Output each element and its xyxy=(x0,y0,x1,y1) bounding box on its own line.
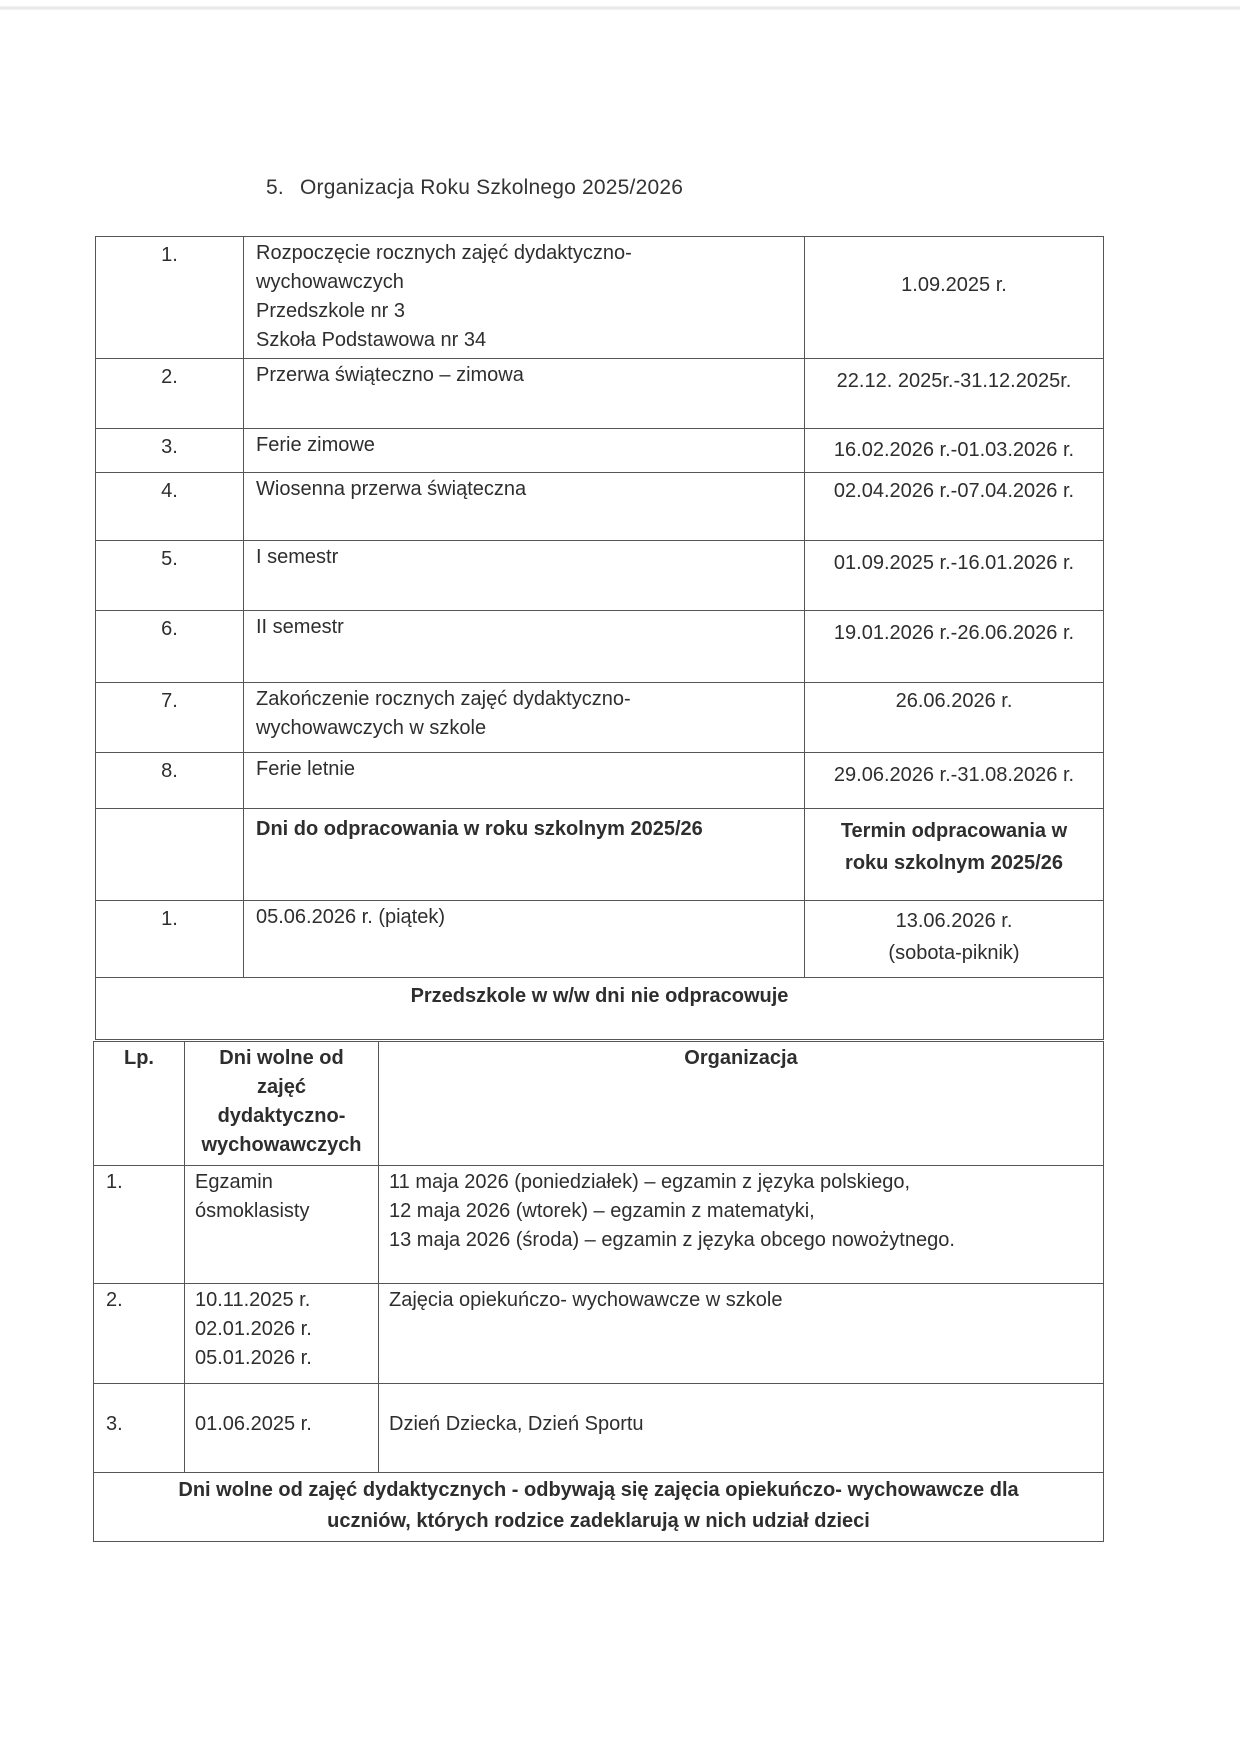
section-number: 5. xyxy=(266,176,284,199)
free-days-footer-row: Dni wolne od zajęć dydaktycznych - odbyw… xyxy=(94,1473,1104,1542)
term-line: 13.06.2026 r. xyxy=(809,905,1099,937)
row-number: 3. xyxy=(94,1384,185,1473)
header-line: roku szkolnym 2025/26 xyxy=(809,847,1099,879)
schedule-row: 1. Rozpoczęcie rocznych zajęć dydaktyczn… xyxy=(96,237,1104,359)
free-days-footer-note: Dni wolne od zajęć dydaktycznych - odbyw… xyxy=(94,1473,1104,1542)
row-date: 26.06.2026 r. xyxy=(805,683,1104,753)
makeup-row: 1. 05.06.2026 r. (piątek) 13.06.2026 r. … xyxy=(96,901,1104,978)
row-date: 16.02.2026 r.-01.03.2026 r. xyxy=(805,429,1104,473)
free-days: Egzamin ósmoklasisty xyxy=(185,1166,379,1284)
free-days-row: 1. Egzamin ósmoklasisty 11 maja 2026 (po… xyxy=(94,1166,1104,1284)
makeup-term: 13.06.2026 r. (sobota-piknik) xyxy=(805,901,1104,978)
row-description: II semestr xyxy=(244,611,805,683)
row-date: 22.12. 2025r.-31.12.2025r. xyxy=(805,359,1104,429)
note-line: Dni wolne od zajęć dydaktycznych - odbyw… xyxy=(114,1475,1083,1506)
schedule-row: 3. Ferie zimowe 16.02.2026 r.-01.03.2026… xyxy=(96,429,1104,473)
header-free-days: Dni wolne od zajęć dydaktyczno- wychowaw… xyxy=(185,1042,379,1166)
row-date: 1.09.2025 r. xyxy=(805,237,1104,359)
row-description: Ferie zimowe xyxy=(244,429,805,473)
description-line: I semestr xyxy=(256,543,804,572)
organization-line: 12 maja 2026 (wtorek) – egzamin z matema… xyxy=(389,1197,1103,1226)
section-title: 5. Organizacja Roku Szkolnego 2025/2026 xyxy=(266,176,683,200)
description-line: Rozpoczęcie rocznych zajęć dydaktyczno- xyxy=(256,239,804,268)
organization-line: 11 maja 2026 (poniedziałek) – egzamin z … xyxy=(389,1168,1103,1197)
organization: 11 maja 2026 (poniedziałek) – egzamin z … xyxy=(379,1166,1104,1284)
schedule-row: 2. Przerwa świąteczno – zimowa 22.12. 20… xyxy=(96,359,1104,429)
days-line: 10.11.2025 r. xyxy=(195,1286,378,1315)
row-number: 1. xyxy=(96,901,244,978)
row-number: 8. xyxy=(96,753,244,809)
row-number: 7. xyxy=(96,683,244,753)
makeup-note: Przedszkole w w/w dni nie odpracowuje xyxy=(96,978,1104,1040)
organization-line: Dzień Dziecka, Dzień Sportu xyxy=(389,1410,1103,1439)
row-description: Rozpoczęcie rocznych zajęć dydaktyczno- … xyxy=(244,237,805,359)
makeup-header-row: Dni do odpracowania w roku szkolnym 2025… xyxy=(96,809,1104,901)
row-date: 01.09.2025 r.-16.01.2026 r. xyxy=(805,541,1104,611)
schedule-row: 8. Ferie letnie 29.06.2026 r.-31.08.2026… xyxy=(96,753,1104,809)
header-line: Dni wolne od xyxy=(189,1044,374,1073)
header-lp: Lp. xyxy=(94,1042,185,1166)
row-date: 19.01.2026 r.-26.06.2026 r. xyxy=(805,611,1104,683)
description-line: Ferie letnie xyxy=(256,755,804,784)
schedule-row: 7. Zakończenie rocznych zajęć dydaktyczn… xyxy=(96,683,1104,753)
free-days-table: Lp. Dni wolne od zajęć dydaktyczno- wych… xyxy=(93,1041,1104,1542)
organization: Dzień Dziecka, Dzień Sportu xyxy=(379,1384,1104,1473)
days-line: 05.01.2026 r. xyxy=(195,1344,378,1373)
row-number: 1. xyxy=(94,1166,185,1284)
free-days: 10.11.2025 r. 02.01.2026 r. 05.01.2026 r… xyxy=(185,1284,379,1384)
organization-line: 13 maja 2026 (środa) – egzamin z języka … xyxy=(389,1226,1103,1255)
section-title-text: Organizacja Roku Szkolnego 2025/2026 xyxy=(300,176,683,199)
row-date: 02.04.2026 r.-07.04.2026 r. xyxy=(805,473,1104,541)
header-line: zajęć xyxy=(189,1073,374,1102)
row-number: 3. xyxy=(96,429,244,473)
header-organization: Organizacja xyxy=(379,1042,1104,1166)
row-number: 2. xyxy=(96,359,244,429)
row-description: Przerwa świąteczno – zimowa xyxy=(244,359,805,429)
schedule-row: 4. Wiosenna przerwa świąteczna 02.04.202… xyxy=(96,473,1104,541)
schedule-row: 6. II semestr 19.01.2026 r.-26.06.2026 r… xyxy=(96,611,1104,683)
days-line: Egzamin xyxy=(195,1168,378,1197)
row-number: 2. xyxy=(94,1284,185,1384)
free-days-header-row: Lp. Dni wolne od zajęć dydaktyczno- wych… xyxy=(94,1042,1104,1166)
free-days-row: 2. 10.11.2025 r. 02.01.2026 r. 05.01.202… xyxy=(94,1284,1104,1384)
header-line: dydaktyczno- xyxy=(189,1102,374,1131)
description-line: II semestr xyxy=(256,613,804,642)
free-days-row: 3. 01.06.2025 r. Dzień Dziecka, Dzień Sp… xyxy=(94,1384,1104,1473)
description-line: Wiosenna przerwa świąteczna xyxy=(256,475,804,504)
row-number: 6. xyxy=(96,611,244,683)
organization-line: Zajęcia opiekuńczo- wychowawcze w szkole xyxy=(389,1286,1103,1315)
makeup-days-header: Dni do odpracowania w roku szkolnym 2025… xyxy=(244,809,805,901)
description-line: wychowawczych w szkole xyxy=(256,714,804,743)
schedule-row: 5. I semestr 01.09.2025 r.-16.01.2026 r. xyxy=(96,541,1104,611)
header-line: Termin odpracowania w xyxy=(809,815,1099,847)
row-description: Zakończenie rocznych zajęć dydaktyczno- … xyxy=(244,683,805,753)
term-line: (sobota-piknik) xyxy=(809,937,1099,969)
makeup-term-header: Termin odpracowania w roku szkolnym 2025… xyxy=(805,809,1104,901)
makeup-note-row: Przedszkole w w/w dni nie odpracowuje xyxy=(96,978,1104,1040)
days-line: 01.06.2025 r. xyxy=(195,1410,378,1439)
description-line: Szkoła Podstawowa nr 34 xyxy=(256,326,804,355)
description-line: Zakończenie rocznych zajęć dydaktyczno- xyxy=(256,685,804,714)
scan-edge xyxy=(0,6,1240,10)
makeup-day: 05.06.2026 r. (piątek) xyxy=(244,901,805,978)
row-description: I semestr xyxy=(244,541,805,611)
description-line: Ferie zimowe xyxy=(256,431,804,460)
row-number: 4. xyxy=(96,473,244,541)
empty-cell xyxy=(96,809,244,901)
days-line: 02.01.2026 r. xyxy=(195,1315,378,1344)
row-number: 1. xyxy=(96,237,244,359)
description-line: Przedszkole nr 3 xyxy=(256,297,804,326)
note-line: uczniów, których rodzice zadeklarują w n… xyxy=(114,1506,1083,1537)
row-description: Ferie letnie xyxy=(244,753,805,809)
organization: Zajęcia opiekuńczo- wychowawcze w szkole xyxy=(379,1284,1104,1384)
row-description: Wiosenna przerwa świąteczna xyxy=(244,473,805,541)
description-line: Przerwa świąteczno – zimowa xyxy=(256,361,804,390)
school-year-schedule-table: 1. Rozpoczęcie rocznych zajęć dydaktyczn… xyxy=(95,236,1104,1040)
description-line: wychowawczych xyxy=(256,268,804,297)
days-line: ósmoklasisty xyxy=(195,1197,378,1226)
row-number: 5. xyxy=(96,541,244,611)
header-line: wychowawczych xyxy=(189,1131,374,1160)
free-days: 01.06.2025 r. xyxy=(185,1384,379,1473)
row-date: 29.06.2026 r.-31.08.2026 r. xyxy=(805,753,1104,809)
